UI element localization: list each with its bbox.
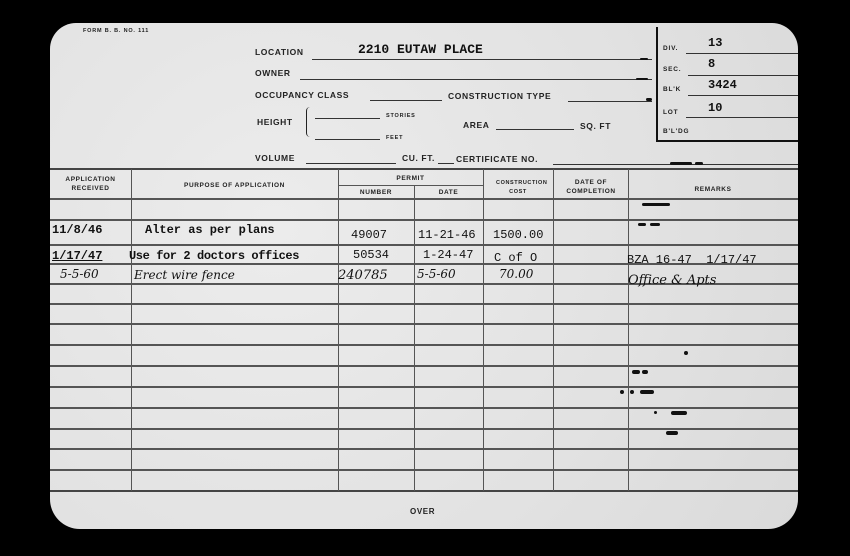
row2-purpose: Use for 2 doctors offices xyxy=(129,249,299,263)
row-rule xyxy=(50,469,798,471)
punch-mark xyxy=(630,390,634,394)
punch-mark xyxy=(670,162,692,165)
row2-received: 1/17/47 xyxy=(52,249,102,263)
reference-box: DIV. 13 SEC. 8 BL'K 3424 LOT 10 B'L'DG xyxy=(656,27,798,142)
owner-label: OWNER xyxy=(255,68,291,78)
div-underline xyxy=(686,53,798,54)
row-rule xyxy=(50,344,798,346)
row3-received: 5-5-60 xyxy=(60,267,99,281)
row1-number: 49007 xyxy=(351,228,387,242)
punch-mark xyxy=(636,78,648,80)
form-number: FORM B. B. NO. 111 xyxy=(83,28,149,34)
permit-record-card: FORM B. B. NO. 111 LOCATION 2210 EUTAW P… xyxy=(50,23,798,529)
col-rule xyxy=(414,185,415,491)
row3-date: 5-5-60 xyxy=(417,267,456,281)
punch-mark xyxy=(684,351,688,355)
height-label: HEIGHT xyxy=(257,117,293,127)
area-label: AREA xyxy=(463,120,490,130)
header-construction-cost: CONSTRUCTION COST xyxy=(496,179,540,197)
row-rule xyxy=(50,303,798,305)
stories-underline xyxy=(315,118,380,119)
row3-remarks: Office & Apts xyxy=(628,273,716,288)
punch-mark xyxy=(654,411,657,414)
header-purpose: PURPOSE OF APPLICATION xyxy=(131,181,338,190)
owner-underline xyxy=(300,79,652,80)
blk-underline xyxy=(688,95,798,96)
row3-number: 240785 xyxy=(338,268,388,283)
row-rule xyxy=(50,448,798,450)
area-underline xyxy=(496,129,574,130)
row-rule xyxy=(50,219,798,221)
row3-cost: 70.00 xyxy=(499,267,533,281)
permit-subheader-rule xyxy=(338,185,483,186)
punch-mark xyxy=(671,411,687,415)
certificate-label: CERTIFICATE NO. xyxy=(456,154,538,164)
sec-value: 8 xyxy=(708,57,715,71)
row1-received: 11/8/46 xyxy=(52,223,102,237)
lot-label: LOT xyxy=(663,109,678,116)
feet-label: FEET xyxy=(386,135,403,141)
col-rule xyxy=(483,169,484,491)
blk-label: BL'K xyxy=(663,86,681,93)
row1-cost: 1500.00 xyxy=(493,228,543,242)
volume-label: VOLUME xyxy=(255,153,295,163)
header-application-received: APPLICATION RECEIVED xyxy=(50,175,131,193)
occupancy-class-label: OCCUPANCY CLASS xyxy=(255,90,349,100)
stories-label: STORIES xyxy=(386,113,416,119)
construction-type-label: CONSTRUCTION TYPE xyxy=(448,91,551,101)
punch-mark xyxy=(640,58,648,60)
punch-mark xyxy=(646,98,652,101)
lot-value: 10 xyxy=(708,101,722,115)
header-permit-date: DATE xyxy=(414,188,483,197)
col-rule xyxy=(338,169,339,491)
row-rule xyxy=(50,428,798,430)
certificate-leader xyxy=(438,163,454,164)
row-rule xyxy=(50,365,798,367)
feet-underline xyxy=(315,139,380,140)
row3-purpose: Erect wire fence xyxy=(134,268,235,282)
header-date-of-completion: DATE OF COMPLETION xyxy=(565,178,617,196)
area-unit: SQ. FT xyxy=(580,121,611,131)
punch-mark xyxy=(638,223,646,226)
punch-mark xyxy=(650,223,660,226)
header-permit: PERMIT xyxy=(338,174,483,183)
row1-purpose: Alter as per plans xyxy=(145,223,275,237)
sec-underline xyxy=(688,75,798,76)
location-value: 2210 EUTAW PLACE xyxy=(358,42,483,57)
location-underline xyxy=(312,59,652,60)
punch-mark xyxy=(642,370,648,374)
bldg-label: B'L'DG xyxy=(663,128,689,135)
occupancy-class-underline xyxy=(370,100,442,101)
punch-mark xyxy=(695,162,703,165)
footer-over: OVER xyxy=(410,507,435,516)
row-rule xyxy=(50,407,798,409)
header-bottom-rule xyxy=(50,198,798,200)
punch-mark xyxy=(620,390,624,394)
punch-mark xyxy=(632,370,640,374)
lot-underline xyxy=(686,117,798,118)
punch-mark xyxy=(666,431,678,435)
div-value: 13 xyxy=(708,36,722,50)
location-label: LOCATION xyxy=(255,47,304,57)
row1-date: 11-21-46 xyxy=(418,228,476,242)
volume-underline xyxy=(306,163,396,164)
blk-value: 3424 xyxy=(708,78,737,92)
header-remarks: REMARKS xyxy=(628,185,798,194)
punch-mark xyxy=(642,203,670,206)
header-permit-number: NUMBER xyxy=(338,188,414,197)
construction-type-underline xyxy=(568,101,652,102)
row-rule xyxy=(50,244,798,246)
div-label: DIV. xyxy=(663,45,678,52)
row2-cost: C of O xyxy=(494,251,537,265)
row-rule xyxy=(50,323,798,325)
height-brace xyxy=(306,107,311,137)
punch-mark xyxy=(640,390,654,394)
row2-remarks: BZA 16-47 1/17/47 xyxy=(627,253,757,267)
col-rule xyxy=(628,169,629,491)
row2-date: 1-24-47 xyxy=(423,248,473,262)
row2-number: 50534 xyxy=(353,248,389,262)
table-bottom-rule xyxy=(50,490,798,492)
row-rule xyxy=(50,386,798,388)
col-rule xyxy=(131,169,132,491)
col-rule xyxy=(553,169,554,491)
sec-label: SEC. xyxy=(663,66,681,73)
table-top-rule xyxy=(50,168,798,170)
volume-unit: CU. FT. xyxy=(402,153,435,163)
